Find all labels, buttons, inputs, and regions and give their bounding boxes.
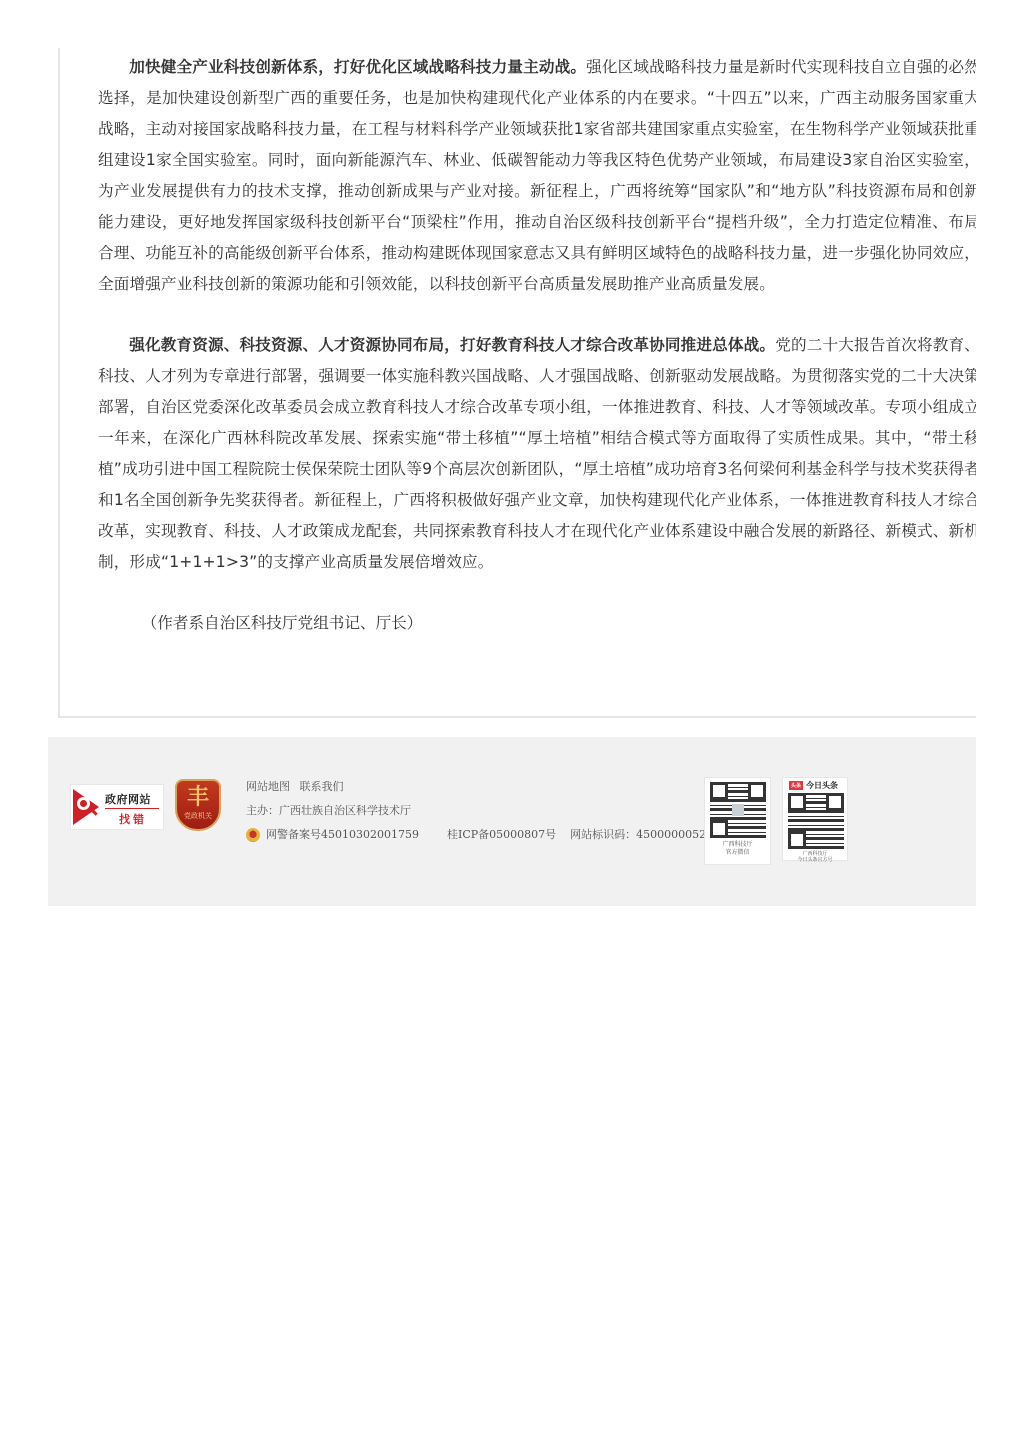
qr-code-icon	[788, 793, 844, 849]
toutiao-header: 头条 今日头条	[789, 780, 838, 791]
author-signature: （作者系自治区科技厅党组书记、厅长）	[98, 608, 976, 639]
police-badge-icon	[246, 828, 260, 842]
qr-caption-line: 今日头条官方号	[783, 857, 847, 863]
site-id-text: 网站标识码：4500000052	[570, 823, 706, 847]
badge-label: 党政机关	[177, 812, 219, 820]
qr-caption: 广西科技厅 今日头条官方号	[783, 851, 847, 863]
paragraph-lead: 加快健全产业科技创新体系，打好优化区域战略科技力量主动战。	[129, 58, 586, 76]
qr-finder-pattern	[826, 793, 844, 811]
qr-caption: 广西科技厅 官方微信	[705, 841, 770, 857]
sponsor-text: 主办：广西壮族自治区科学技术厅	[246, 799, 706, 823]
qr-caption-line: 官方微信	[705, 849, 770, 857]
toutiao-title: 今日头条	[806, 780, 838, 791]
article-paragraph: 加快健全产业科技创新体系，打好优化区域战略科技力量主动战。强化区域战略科技力量是…	[98, 52, 976, 300]
qr-code-icon	[710, 782, 766, 838]
magnifier-icon	[77, 797, 90, 810]
wechat-logo-icon	[732, 804, 744, 816]
qr-caption-line: 广西科技厅	[705, 841, 770, 849]
gov-site-error-report-logo[interactable]: 政府网站 找错	[70, 784, 164, 830]
logo-text-gov-site: 政府网站	[105, 791, 151, 807]
police-record-link[interactable]: 网警备案号45010302001759	[266, 823, 419, 847]
site-footer: 政府网站 找错 丰 党政机关 网站地图 联系我们 主办：广西壮族自治区科学技术厅…	[48, 737, 976, 906]
party-government-agency-badge[interactable]: 丰 党政机关	[175, 779, 221, 831]
paragraph-text: 党的二十大报告首次将教育、科技、人才列为专章进行部署，强调要一体实施科教兴国战略…	[98, 336, 976, 571]
paragraph-lead: 强化教育资源、科技资源、人才资源协同布局，打好教育科技人才综合改革协同推进总体战…	[129, 336, 775, 354]
article-container: 加快健全产业科技创新体系，打好优化区域战略科技力量主动战。强化区域战略科技力量是…	[58, 48, 976, 718]
wechat-qr-code: 广西科技厅 官方微信	[704, 777, 771, 865]
icp-record-link[interactable]: 桂ICP备05000807号	[447, 823, 556, 847]
sitemap-link[interactable]: 网站地图	[246, 780, 290, 793]
article-paragraph: 强化教育资源、科技资源、人才资源协同布局，打好教育科技人才综合改革协同推进总体战…	[98, 330, 976, 578]
article-body: 加快健全产业科技创新体系，打好优化区域战略科技力量主动战。强化区域战略科技力量是…	[98, 52, 976, 639]
record-info: 网警备案号45010302001759 桂ICP备05000807号 网站标识码…	[246, 823, 706, 847]
contact-us-link[interactable]: 联系我们	[300, 780, 344, 793]
logo-text-find-error: 找错	[119, 811, 147, 827]
toutiao-qr-code: 头条 今日头条 广西科技厅 今日头条官方号	[782, 777, 848, 861]
toutiao-logo-icon: 头条	[789, 781, 803, 790]
paragraph-text: 强化区域战略科技力量是新时代实现科技自立自强的必然选择，是加快建设创新型广西的重…	[98, 58, 976, 293]
footer-links: 网站地图 联系我们	[246, 775, 706, 799]
qr-finder-pattern	[748, 782, 766, 800]
footer-info: 网站地图 联系我们 主办：广西壮族自治区科学技术厅 网警备案号450103020…	[246, 775, 706, 847]
logo-divider	[105, 808, 159, 809]
party-emblem-icon: 丰	[177, 787, 219, 809]
